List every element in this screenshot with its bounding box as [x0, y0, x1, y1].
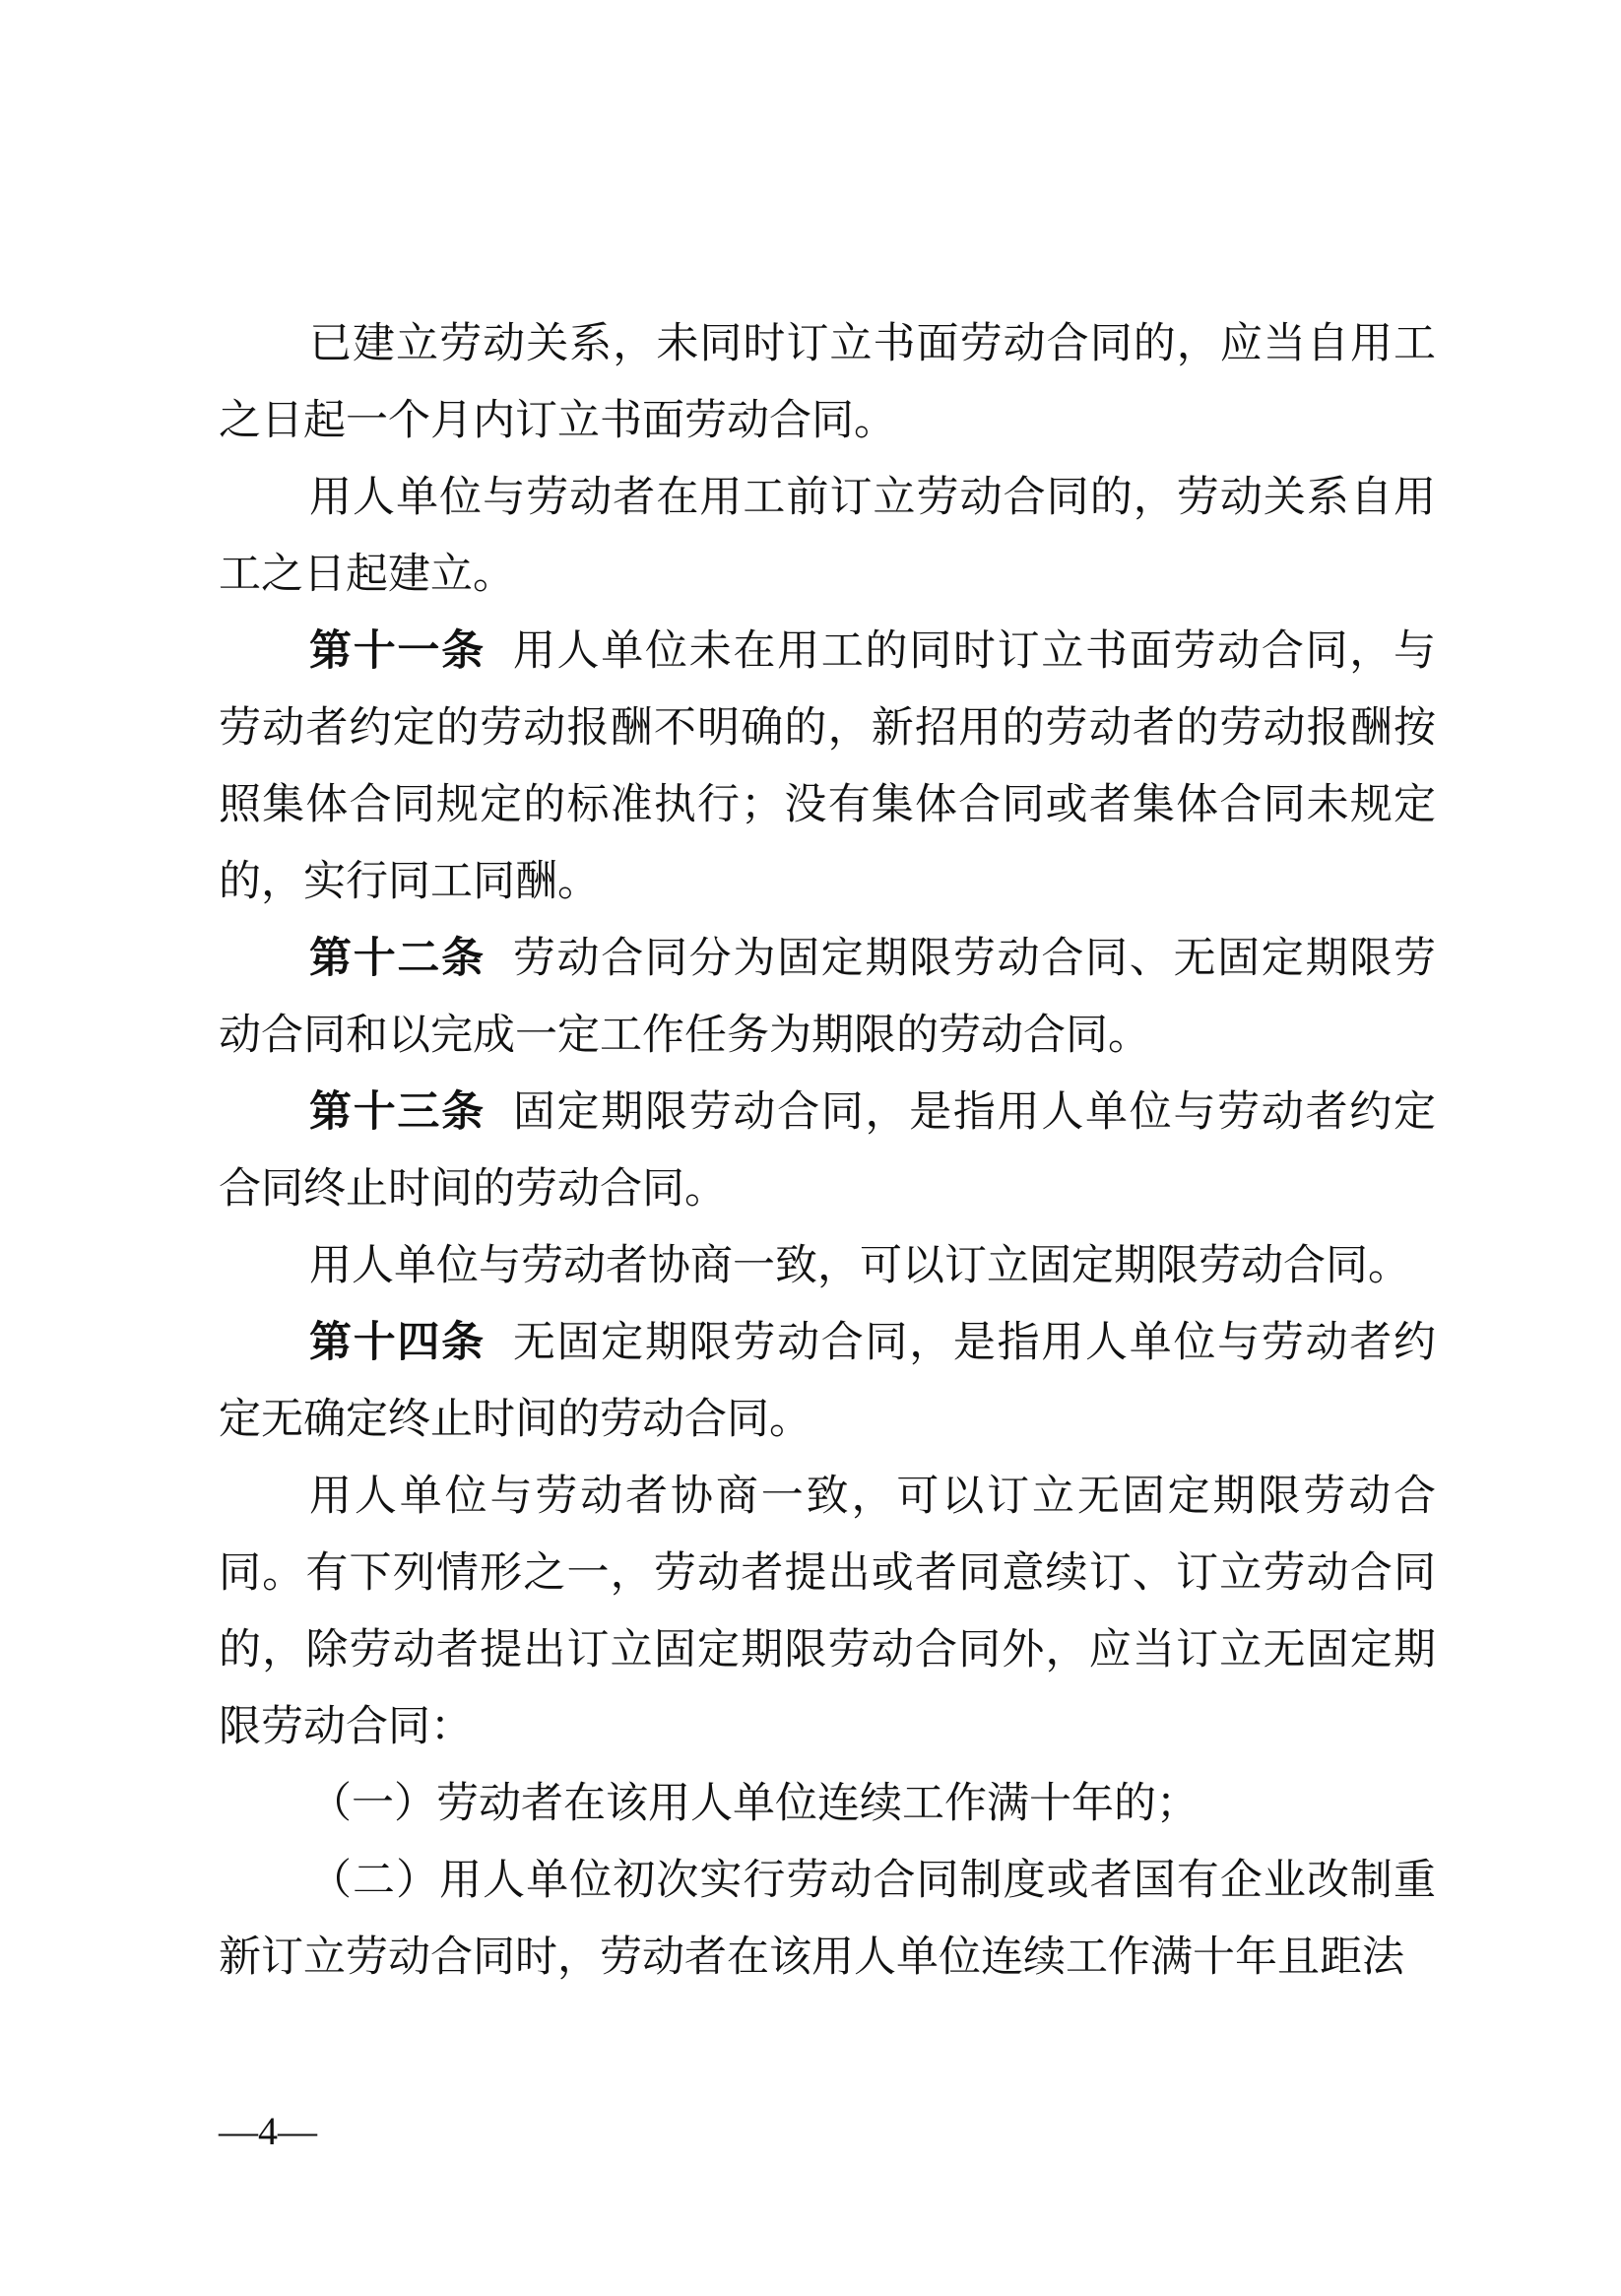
- paragraph: 已建立劳动关系，未同时订立书面劳动合同的，应当自用工之日起一个月内订立书面劳动合…: [219, 305, 1436, 459]
- article-13: 第十三条固定期限劳动合同，是指用人单位与劳动者约定合同终止时间的劳动合同。: [219, 1074, 1436, 1227]
- paragraph-text: 用人单位与劳动者协商一致，可以订立固定期限劳动合同。: [309, 1241, 1410, 1290]
- article-title: 第十四条: [309, 1318, 486, 1367]
- paragraph: 用人单位与劳动者协商一致，可以订立固定期限劳动合同。: [219, 1227, 1436, 1304]
- list-item-text: （一）劳动者在该用人单位连续工作满十年的；: [309, 1779, 1199, 1828]
- article-title: 第十三条: [309, 1087, 486, 1137]
- paragraph-text: 已建立劳动关系，未同时订立书面劳动合同的，应当自用工之日起一个月内订立书面劳动合…: [219, 319, 1436, 445]
- article-14: 第十四条无固定期限劳动合同，是指用人单位与劳动者约定无确定终止时间的劳动合同。: [219, 1304, 1436, 1458]
- paragraph-text: 用人单位与劳动者在用工前订立劳动合同的，劳动关系自用工之日起建立。: [219, 473, 1436, 599]
- list-item: （二）用人单位初次实行劳动合同制度或者国有企业改制重新订立劳动合同时，劳动者在该…: [219, 1842, 1436, 1996]
- article-title: 第十一条: [309, 626, 486, 676]
- list-item-text: （二）用人单位初次实行劳动合同制度或者国有企业改制重新订立劳动合同时，劳动者在该…: [219, 1856, 1436, 1982]
- paragraph: 用人单位与劳动者在用工前订立劳动合同的，劳动关系自用工之日起建立。: [219, 459, 1436, 613]
- paragraph-text: 用人单位与劳动者协商一致，可以订立无固定期限劳动合同。有下列情形之一，劳动者提出…: [219, 1472, 1436, 1751]
- paragraph: 用人单位与劳动者协商一致，可以订立无固定期限劳动合同。有下列情形之一，劳动者提出…: [219, 1458, 1436, 1765]
- article-11: 第十一条用人单位未在用工的同时订立书面劳动合同，与劳动者约定的劳动报酬不明确的，…: [219, 613, 1436, 920]
- document-page: 已建立劳动关系，未同时订立书面劳动合同的，应当自用工之日起一个月内订立书面劳动合…: [0, 0, 1621, 2296]
- list-item: （一）劳动者在该用人单位连续工作满十年的；: [219, 1765, 1436, 1842]
- article-12: 第十二条劳动合同分为固定期限劳动合同、无固定期限劳动合同和以完成一定工作任务为期…: [219, 920, 1436, 1074]
- document-body: 已建立劳动关系，未同时订立书面劳动合同的，应当自用工之日起一个月内订立书面劳动合…: [219, 305, 1436, 1996]
- page-number: —4—: [219, 2108, 317, 2154]
- article-title: 第十二条: [309, 934, 486, 983]
